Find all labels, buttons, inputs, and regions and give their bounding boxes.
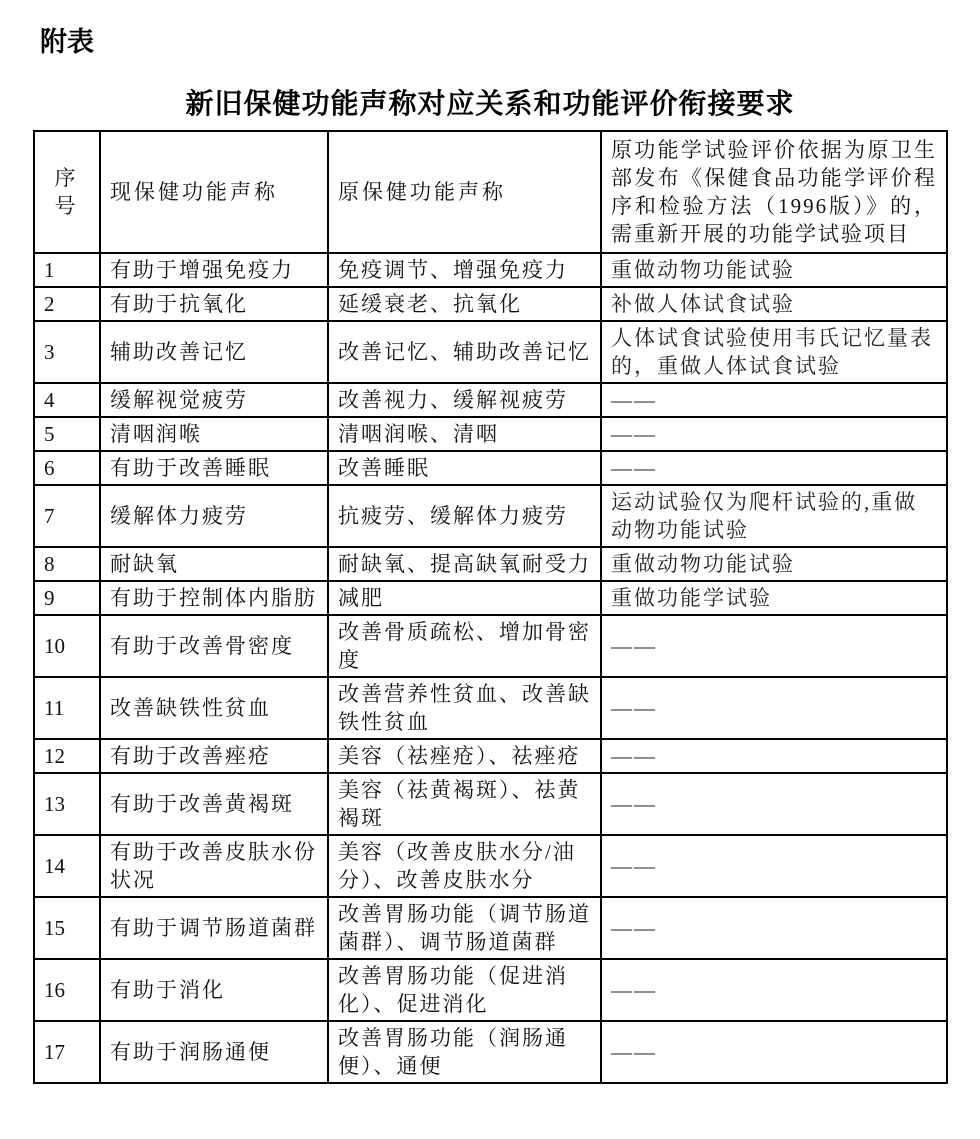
table-row: 15 有助于调节肠道菌群 改善胃肠功能（调节肠道菌群）、调节肠道菌群 —— (34, 897, 947, 959)
row-number-cell: 5 (34, 417, 100, 451)
requirement-cell: 重做动物功能试验 (601, 547, 947, 581)
requirement-cell: 重做功能学试验 (601, 581, 947, 615)
current-claim-cell: 改善缺铁性贫血 (100, 677, 328, 739)
row-number-cell: 10 (34, 615, 100, 677)
original-claim-cell: 改善视力、缓解视疲劳 (328, 383, 601, 417)
requirement-cell: —— (601, 677, 947, 739)
requirement-cell: —— (601, 897, 947, 959)
current-claim-cell: 有助于改善黄褐斑 (100, 773, 328, 835)
requirement-cell: —— (601, 959, 947, 1021)
current-claim-cell: 有助于控制体内脂肪 (100, 581, 328, 615)
row-number-cell: 7 (34, 485, 100, 547)
row-number-cell: 4 (34, 383, 100, 417)
row-number-cell: 6 (34, 451, 100, 485)
requirement-cell: —— (601, 451, 947, 485)
table-row: 2 有助于抗氧化 延缓衰老、抗氧化 补做人体试食试验 (34, 287, 947, 321)
requirement-cell: —— (601, 1021, 947, 1083)
row-number-cell: 3 (34, 321, 100, 383)
current-claim-cell: 有助于改善皮肤水份状况 (100, 835, 328, 897)
table-row: 14 有助于改善皮肤水份状况 美容（改善皮肤水分/油分）、改善皮肤水分 —— (34, 835, 947, 897)
table-row: 6 有助于改善睡眠 改善睡眠 —— (34, 451, 947, 485)
original-claim-cell: 美容（祛黄褐斑）、祛黄褐斑 (328, 773, 601, 835)
table-row: 1 有助于增强免疫力 免疫调节、增强免疫力 重做动物功能试验 (34, 253, 947, 287)
original-claim-cell: 清咽润喉、清咽 (328, 417, 601, 451)
current-claim-cell: 有助于润肠通便 (100, 1021, 328, 1083)
row-number-cell: 14 (34, 835, 100, 897)
current-claim-cell: 有助于抗氧化 (100, 287, 328, 321)
original-claim-cell: 改善营养性贫血、改善缺铁性贫血 (328, 677, 601, 739)
current-claim-cell: 有助于改善骨密度 (100, 615, 328, 677)
current-claim-cell: 有助于增强免疫力 (100, 253, 328, 287)
page-title: 新旧保健功能声称对应关系和功能评价衔接要求 (0, 88, 980, 120)
original-claim-cell: 减肥 (328, 581, 601, 615)
table-row: 16 有助于消化 改善胃肠功能（促进消化）、促进消化 —— (34, 959, 947, 1021)
table-row: 10 有助于改善骨密度 改善骨质疏松、增加骨密度 —— (34, 615, 947, 677)
requirement-cell: —— (601, 383, 947, 417)
current-claim-cell: 辅助改善记忆 (100, 321, 328, 383)
table-row: 3 辅助改善记忆 改善记忆、辅助改善记忆 人体试食试验使用韦氏记忆量表的，重做人… (34, 321, 947, 383)
original-claim-cell: 改善记忆、辅助改善记忆 (328, 321, 601, 383)
table-row: 11 改善缺铁性贫血 改善营养性贫血、改善缺铁性贫血 —— (34, 677, 947, 739)
original-claim-cell: 延缓衰老、抗氧化 (328, 287, 601, 321)
claims-table: 序号 现保健功能声称 原保健功能声称 原功能学试验评价依据为原卫生部发布《保健食… (33, 130, 948, 1084)
requirement-cell: 运动试验仅为爬杆试验的,重做动物功能试验 (601, 485, 947, 547)
requirement-cell: —— (601, 615, 947, 677)
header-original-claim: 原保健功能声称 (328, 131, 601, 253)
table-header-row: 序号 现保健功能声称 原保健功能声称 原功能学试验评价依据为原卫生部发布《保健食… (34, 131, 947, 253)
current-claim-cell: 有助于改善睡眠 (100, 451, 328, 485)
table-row: 12 有助于改善痤疮 美容（祛痤疮）、祛痤疮 —— (34, 739, 947, 773)
table-row: 8 耐缺氧 耐缺氧、提高缺氧耐受力 重做动物功能试验 (34, 547, 947, 581)
row-number-cell: 8 (34, 547, 100, 581)
original-claim-cell: 美容（改善皮肤水分/油分）、改善皮肤水分 (328, 835, 601, 897)
original-claim-cell: 改善胃肠功能（润肠通便）、通便 (328, 1021, 601, 1083)
table-row: 13 有助于改善黄褐斑 美容（祛黄褐斑）、祛黄褐斑 —— (34, 773, 947, 835)
original-claim-cell: 耐缺氧、提高缺氧耐受力 (328, 547, 601, 581)
table-row: 4 缓解视觉疲劳 改善视力、缓解视疲劳 —— (34, 383, 947, 417)
current-claim-cell: 缓解视觉疲劳 (100, 383, 328, 417)
requirement-cell: —— (601, 739, 947, 773)
original-claim-cell: 改善胃肠功能（促进消化）、促进消化 (328, 959, 601, 1021)
document-page: 附表 新旧保健功能声称对应关系和功能评价衔接要求 序号 现保健功能声称 原保健功… (0, 0, 980, 1139)
header-no: 序号 (34, 131, 100, 253)
original-claim-cell: 改善睡眠 (328, 451, 601, 485)
original-claim-cell: 美容（祛痤疮）、祛痤疮 (328, 739, 601, 773)
current-claim-cell: 清咽润喉 (100, 417, 328, 451)
original-claim-cell: 免疫调节、增强免疫力 (328, 253, 601, 287)
appendix-label: 附表 (40, 26, 980, 58)
row-number-cell: 13 (34, 773, 100, 835)
row-number-cell: 15 (34, 897, 100, 959)
table-row: 17 有助于润肠通便 改善胃肠功能（润肠通便）、通便 —— (34, 1021, 947, 1083)
requirement-cell: 人体试食试验使用韦氏记忆量表的，重做人体试食试验 (601, 321, 947, 383)
original-claim-cell: 改善胃肠功能（调节肠道菌群）、调节肠道菌群 (328, 897, 601, 959)
original-claim-cell: 改善骨质疏松、增加骨密度 (328, 615, 601, 677)
requirement-cell: 重做动物功能试验 (601, 253, 947, 287)
original-claim-cell: 抗疲劳、缓解体力疲劳 (328, 485, 601, 547)
requirement-cell: —— (601, 773, 947, 835)
current-claim-cell: 缓解体力疲劳 (100, 485, 328, 547)
row-number-cell: 17 (34, 1021, 100, 1083)
current-claim-cell: 有助于消化 (100, 959, 328, 1021)
table-row: 7 缓解体力疲劳 抗疲劳、缓解体力疲劳 运动试验仅为爬杆试验的,重做动物功能试验 (34, 485, 947, 547)
requirement-cell: —— (601, 835, 947, 897)
current-claim-cell: 耐缺氧 (100, 547, 328, 581)
table-row: 5 清咽润喉 清咽润喉、清咽 —— (34, 417, 947, 451)
header-requirement: 原功能学试验评价依据为原卫生部发布《保健食品功能学评价程序和检验方法（1996版… (601, 131, 947, 253)
row-number-cell: 9 (34, 581, 100, 615)
row-number-cell: 12 (34, 739, 100, 773)
row-number-cell: 1 (34, 253, 100, 287)
current-claim-cell: 有助于调节肠道菌群 (100, 897, 328, 959)
row-number-cell: 2 (34, 287, 100, 321)
header-current-claim: 现保健功能声称 (100, 131, 328, 253)
requirement-cell: —— (601, 417, 947, 451)
row-number-cell: 16 (34, 959, 100, 1021)
current-claim-cell: 有助于改善痤疮 (100, 739, 328, 773)
requirement-cell: 补做人体试食试验 (601, 287, 947, 321)
row-number-cell: 11 (34, 677, 100, 739)
table-row: 9 有助于控制体内脂肪 减肥 重做功能学试验 (34, 581, 947, 615)
